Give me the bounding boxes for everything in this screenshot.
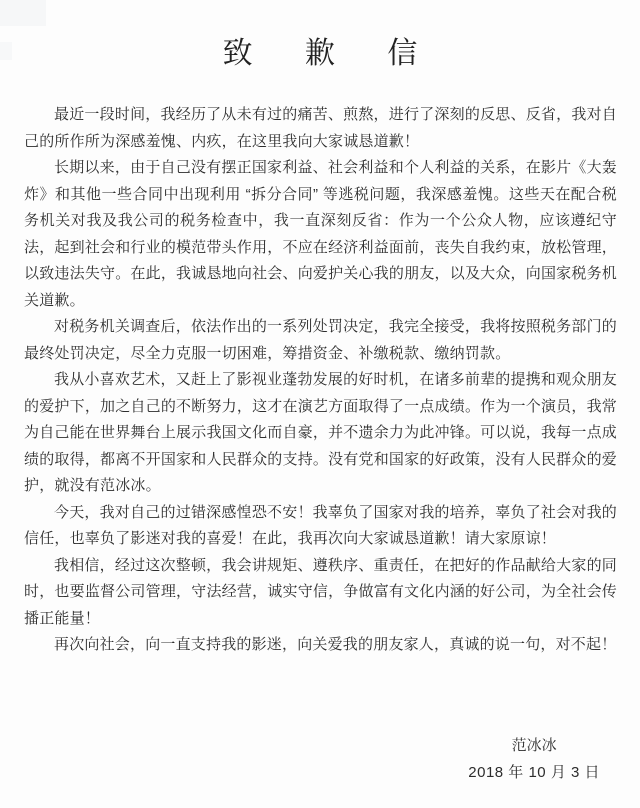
letter-paragraph: 长期以来，由于自己没有摆正国家利益、社会利益和个人利益的关系，在影片《大轰炸》和… bbox=[24, 155, 617, 314]
scan-artifact bbox=[0, 42, 12, 60]
letter-title: 致 歉 信 bbox=[0, 38, 640, 70]
signature-name: 范冰冰 bbox=[468, 732, 600, 759]
letter-paragraph: 今天，我对自己的过错深感惶恐不安！我辜负了国家对我的培养，辜负了社会对我的信任，… bbox=[24, 500, 617, 553]
scan-artifact bbox=[0, 0, 46, 26]
signature-date: 2018 年 10 月 3 日 bbox=[468, 759, 600, 786]
letter-paragraph: 我相信，经过这次整顿，我会讲规矩、遵秩序、重责任，在把好的作品献给大家的同时，也… bbox=[24, 553, 617, 633]
letter-body: 最近一段时间，我经历了从未有过的痛苦、煎熬，进行了深刻的反思、反省，我对自己的所… bbox=[0, 102, 640, 659]
letter-paragraph: 对税务机关调查后，依法作出的一系列处罚决定，我完全接受，我将按照税务部门的最终处… bbox=[24, 314, 617, 367]
letter-paragraph: 再次向社会，向一直支持我的影迷，向关爱我的朋友家人，真诚的说一句，对不起！ bbox=[24, 632, 617, 659]
letter-paragraph: 我从小喜欢艺术，又赶上了影视业蓬勃发展的好时机，在诸多前辈的提携和观众朋友的爱护… bbox=[24, 367, 617, 500]
apology-letter-page: 致 歉 信 最近一段时间，我经历了从未有过的痛苦、煎熬，进行了深刻的反思、反省，… bbox=[0, 0, 640, 808]
signature-block: 范冰冰 2018 年 10 月 3 日 bbox=[468, 732, 600, 786]
letter-paragraph: 最近一段时间，我经历了从未有过的痛苦、煎熬，进行了深刻的反思、反省，我对自己的所… bbox=[24, 102, 617, 155]
